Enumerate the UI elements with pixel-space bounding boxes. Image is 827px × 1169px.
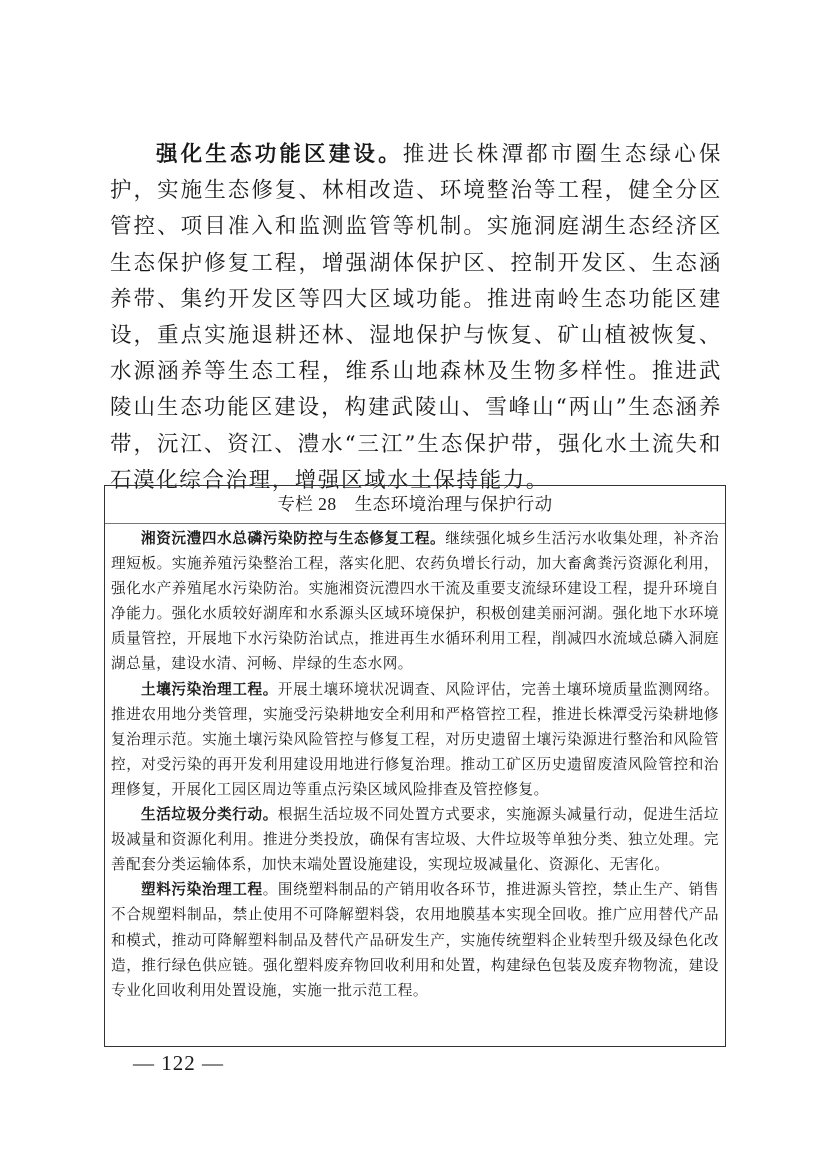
column-box: 专栏 28生态环境治理与保护行动 湘资沅澧四水总磷污染防控与生态修复工程。继续强… [104, 485, 726, 1047]
document-page: 强化生态功能区建设。推进长株潭都市圈生态绿心保护，实施生态修复、林相改造、环境整… [0, 0, 827, 1169]
box-item-lead: 生活垃圾分类行动。 [141, 806, 278, 823]
main-paragraph-text: 推进长株潭都市圈生态绿心保护，实施生态修复、林相改造、环境整治等工程，健全分区管… [110, 142, 722, 493]
column-title: 生态环境治理与保护行动 [355, 495, 553, 515]
box-item-waste: 生活垃圾分类行动。根据生活垃圾不同处置方式要求，实施源头减量行动，促进生活垃圾减… [111, 802, 719, 877]
box-item-lead: 土壤污染治理工程。 [141, 681, 278, 698]
main-paragraph: 强化生态功能区建设。推进长株潭都市圈生态绿心保护，实施生态修复、林相改造、环境整… [110, 137, 722, 499]
box-item-text: 开展土壤环境状况调查、风险评估，完善土壤环境质量监测网络。推进农用地分类管理，实… [111, 681, 719, 798]
box-item-plastic: 塑料污染治理工程。围绕塑料制品的产销用收各环节，推进源头管控，禁止生产、销售不合… [111, 877, 719, 1002]
box-item-lead: 湘资沅澧四水总磷污染防控与生态修复工程。 [141, 530, 445, 547]
page-number: — 122 — [133, 1051, 224, 1076]
column-number: 专栏 28 [277, 494, 336, 514]
box-item-text: 。围绕塑料制品的产销用收各环节，推进源头管控，禁止生产、销售不合规塑料制品，禁止… [111, 881, 719, 998]
box-item-lead: 塑料污染治理工程 [141, 881, 263, 898]
box-item-text: 继续强化城乡生活污水收集处理，补齐治理短板。实施养殖污染整治工程，落实化肥、农药… [111, 530, 719, 672]
box-item-soil: 土壤污染治理工程。开展土壤环境状况调查、风险评估，完善土壤环境质量监测网络。推进… [111, 677, 719, 802]
main-paragraph-lead: 强化生态功能区建设。 [156, 142, 403, 167]
box-item-water: 湘资沅澧四水总磷污染防控与生态修复工程。继续强化城乡生活污水收集处理，补齐治理短… [111, 526, 719, 677]
column-box-header: 专栏 28生态环境治理与保护行动 [105, 486, 725, 524]
column-box-body: 湘资沅澧四水总磷污染防控与生态修复工程。继续强化城乡生活污水收集处理，补齐治理短… [105, 524, 725, 1003]
